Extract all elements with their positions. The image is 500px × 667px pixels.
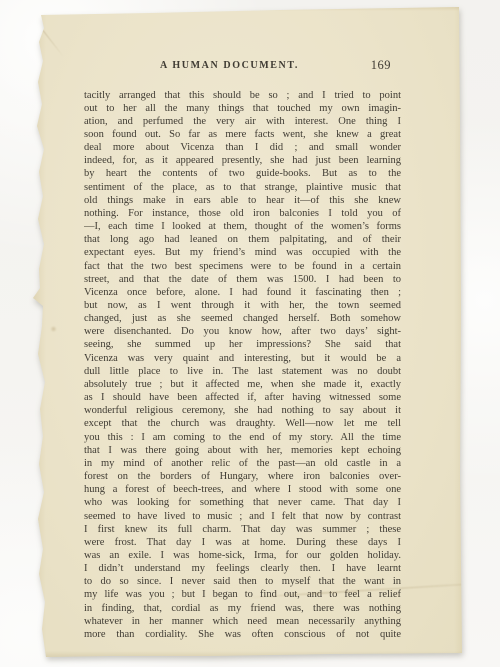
backdrop: { "header": { "title": "A HUMAN DOCUMENT…	[0, 0, 500, 667]
text-line: soon found out. So far as mere facts wen…	[84, 128, 401, 141]
text-line: in my mind of another relic of the past—…	[84, 457, 401, 470]
text-line: absolutely true ; but it affected me, wh…	[84, 378, 401, 391]
text-line: more than cordiality. She was often cons…	[84, 628, 401, 641]
text-line: were frost. That day I was at home. Duri…	[84, 536, 401, 549]
text-line: by heart the contents of two guide-books…	[84, 167, 401, 180]
text-line: nothing. For instance, those old iron ba…	[84, 207, 401, 220]
text-line: wonderful religious ceremony, she had no…	[84, 404, 401, 417]
text-line: except that the church was draughty. Wel…	[84, 417, 401, 430]
corner-crease	[43, 30, 65, 57]
text-line: seemed to have lived to music ; and I fe…	[84, 510, 401, 523]
text-line: in finding, that, cordial as my friend w…	[84, 602, 401, 615]
text-line: I first knew its full charm. That day wa…	[84, 523, 401, 536]
text-line: indeed, for, as it appeared presently, s…	[84, 154, 401, 167]
text-line: expectant eyes. But my friend’s mind was…	[84, 246, 401, 259]
text-line: as I should have been affected if, after…	[84, 391, 401, 404]
running-header: A HUMAN DOCUMENT. 169	[84, 60, 401, 74]
text-line: tacitly arranged that this should be so …	[84, 89, 401, 102]
text-line: was an exile. I was home-sick, Irma, for…	[84, 549, 401, 562]
text-line: forest on the borders of Hungary, where …	[84, 470, 401, 483]
book-page: A HUMAN DOCUMENT. 169 tacitly arranged t…	[30, 4, 466, 660]
text-line: but now, as I went through it with her, …	[84, 299, 401, 312]
text-line: out to her all the many things that touc…	[84, 102, 401, 115]
text-line: Vicenza was very quaint and interesting,…	[84, 352, 401, 365]
paper-stain	[50, 326, 57, 332]
text-line: old things make in ears able to hear it—…	[84, 194, 401, 207]
text-line: were disenchanted. Do you know how, afte…	[84, 325, 401, 338]
text-line: whatever in her manner which need mean n…	[84, 615, 401, 628]
text-line: —I, each time I looked at them, thought …	[84, 220, 401, 233]
text-line: fact that the two best specimens were to…	[84, 260, 401, 273]
text-line: deal more about Vicenza than I did ; and…	[84, 141, 401, 154]
text-line: hung a forest of beech-trees, and where …	[84, 483, 401, 496]
running-header-title: A HUMAN DOCUMENT.	[84, 60, 401, 71]
text-line: that long ago had leaned on them palpita…	[84, 233, 401, 246]
text-line: dull little place to live in. The last s…	[84, 365, 401, 378]
scanned-page-wrap: A HUMAN DOCUMENT. 169 tacitly arranged t…	[0, 0, 500, 667]
text-line: who was looking for something that never…	[84, 496, 401, 509]
text-line: Vicenza once before, alone. I had found …	[84, 286, 401, 299]
page-number: 169	[371, 58, 391, 73]
text-line: I didn’t understand my feelings clearly …	[84, 562, 401, 575]
text-line: to do so since. I never said then to mys…	[84, 575, 401, 588]
text-line: sentiment of the place, as to that stran…	[84, 181, 401, 194]
text-lines: tacitly arranged that this should be so …	[84, 89, 401, 642]
text-line: changed, just as she seemed changed hers…	[84, 312, 401, 325]
text-line: you this : I am coming to the end of my …	[84, 431, 401, 444]
text-line: street, and that the date of them was 15…	[84, 273, 401, 286]
text-line: seeing, she summed up her impressions? S…	[84, 338, 401, 351]
text-line: ation, and perfumed the very air with in…	[84, 115, 401, 128]
text-line: that I was there going about with her, m…	[84, 444, 401, 457]
